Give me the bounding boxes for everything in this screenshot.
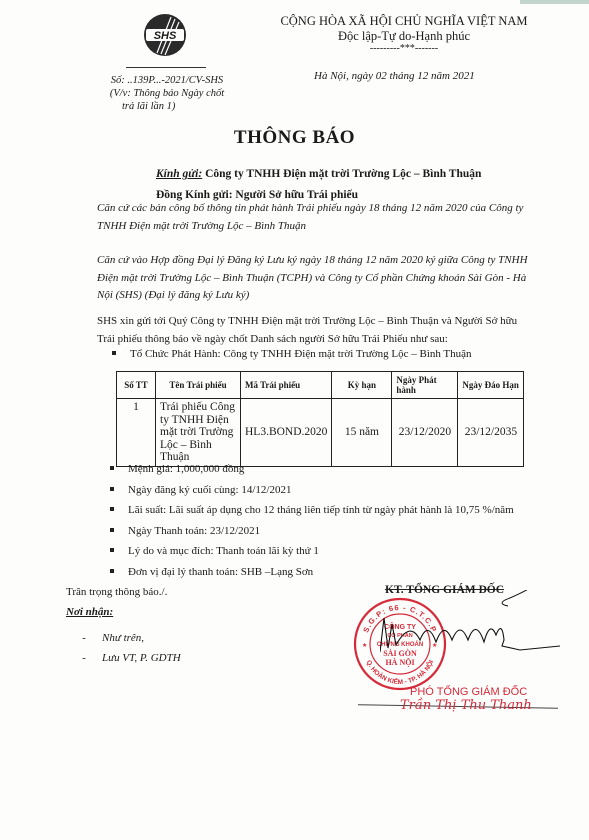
detail-payment-date: Ngày Thanh toán: 23/12/2021 (128, 525, 260, 537)
col-header: Mã Trái phiếu (241, 372, 332, 399)
reference-block: Số: ..139P...-2021/CV-SHS (V/v: Thông bá… (102, 74, 232, 113)
svg-text:SHS: SHS (154, 30, 177, 42)
basis-paragraph-1: Căn cứ các bản công bố thông tin phát hà… (97, 200, 529, 235)
details-list: Mệnh giá: 1,000,000 đồng Ngày đăng ký cu… (110, 459, 514, 582)
bond-table: Số TT Tên Trái phiếu Mã Trái phiếu Kỳ hạ… (116, 371, 524, 467)
separator: ---------***------- (254, 44, 554, 54)
deputy-title: PHÓ TỔNG GIÁM ĐỐC (410, 686, 527, 698)
col-header: Số TT (117, 372, 156, 399)
list-item: Ngày Thanh toán: 23/12/2021 (110, 521, 514, 542)
list-item: Mệnh giá: 1,000,000 đồng (110, 459, 514, 480)
national-header: CỘNG HÒA XÃ HỘI CHỦ NGHĨA VIỆT NAM Độc l… (254, 14, 554, 54)
list-item: Lãi suất: Lãi suất áp dụng cho 12 tháng … (110, 500, 514, 521)
addressee-label: Kính gửi: (156, 168, 202, 180)
bullet-icon (112, 351, 116, 355)
list-item: Đơn vị đại lý thanh toán: SHB –Lạng Sơn (110, 562, 514, 583)
logo-underline (126, 67, 206, 68)
list-item: -Lưu VT, P. GDTH (66, 648, 181, 668)
subject-line-1: (V/v: Thông báo Ngày chốt (102, 87, 232, 100)
cell-term: 15 năm (332, 399, 392, 467)
recipient: Như trên, (102, 632, 144, 644)
bullet-icon (110, 507, 114, 511)
list-item: -Như trên, (66, 628, 181, 648)
cell-stt: 1 (117, 399, 156, 467)
closing-text: Trân trọng thông báo./. (66, 582, 181, 602)
reference-number: Số: ..139P...-2021/CV-SHS (102, 74, 232, 87)
detail-face-value: Mệnh giá: 1,000,000 đồng (128, 463, 244, 475)
detail-purpose: Lý do và mục đích: Thanh toán lãi kỳ thứ… (128, 545, 319, 557)
bullet-icon (110, 466, 114, 470)
cell-issue-date: 23/12/2020 (392, 399, 458, 467)
cell-bond-name: Trái phiếu Công ty TNHH Điện mặt trời Tr… (156, 399, 241, 467)
bullet-icon (110, 487, 114, 491)
detail-record-date: Ngày đăng ký cuối cùng: 14/12/2021 (128, 484, 291, 496)
col-header: Ngày Phát hành (392, 372, 458, 399)
issuer-line: Tổ Chức Phát Hành: Công ty TNHH Điện mặt… (112, 348, 472, 360)
list-item: Lý do và mục đích: Thanh toán lãi kỳ thứ… (110, 541, 514, 562)
bullet-icon (110, 528, 114, 532)
detail-paying-agent: Đơn vị đại lý thanh toán: SHB –Lạng Sơn (128, 566, 313, 578)
intro-paragraph: SHS xin gửi tới Quý Công ty TNHH Điện mặ… (97, 312, 537, 348)
bullet-icon (110, 548, 114, 552)
recipients-label: Nơi nhận: (66, 602, 181, 622)
recipient: Lưu VT, P. GDTH (102, 652, 181, 664)
list-item: Ngày đăng ký cuối cùng: 14/12/2021 (110, 480, 514, 501)
detail-interest-rate: Lãi suất: Lãi suất áp dụng cho 12 tháng … (128, 504, 514, 516)
subject-line-2: trả lãi lần 1) (102, 100, 232, 113)
closing-block: Trân trọng thông báo./. Nơi nhận: -Như t… (66, 582, 181, 668)
scan-edge (520, 0, 589, 4)
basis-paragraph-2: Căn cứ vào Hợp đồng Đại lý Đăng ký Lưu k… (97, 252, 529, 305)
nation-name: CỘNG HÒA XÃ HỘI CHỦ NGHĨA VIỆT NAM (254, 14, 554, 29)
issuer-text: Tổ Chức Phát Hành: Công ty TNHH Điện mặt… (130, 348, 472, 360)
table-header-row: Số TT Tên Trái phiếu Mã Trái phiếu Kỳ hạ… (117, 372, 524, 399)
table-row: 1 Trái phiếu Công ty TNHH Điện mặt trời … (117, 399, 524, 467)
signer-name: Trần Thị Thu Thanh (400, 698, 532, 713)
addressee-primary: Công ty TNHH Điện mặt trời Trường Lộc – … (202, 168, 481, 180)
shs-logo-icon: SHS (143, 13, 187, 57)
col-header: Tên Trái phiếu (156, 372, 241, 399)
col-header: Kỳ hạn (332, 372, 392, 399)
motto: Độc lập-Tự do-Hạnh phúc (254, 29, 554, 44)
cell-bond-code: HL3.BOND.2020 (241, 399, 332, 467)
bullet-icon (110, 569, 114, 573)
svg-text:★: ★ (362, 642, 367, 649)
handwritten-signature-icon (380, 590, 560, 690)
col-header: Ngày Đáo Hạn (458, 372, 524, 399)
recipients-list: -Như trên, -Lưu VT, P. GDTH (66, 628, 181, 668)
document-title: THÔNG BÁO (0, 127, 589, 149)
document-date: Hà Nội, ngày 02 tháng 12 năm 2021 (314, 70, 475, 82)
cell-maturity-date: 23/12/2035 (458, 399, 524, 467)
